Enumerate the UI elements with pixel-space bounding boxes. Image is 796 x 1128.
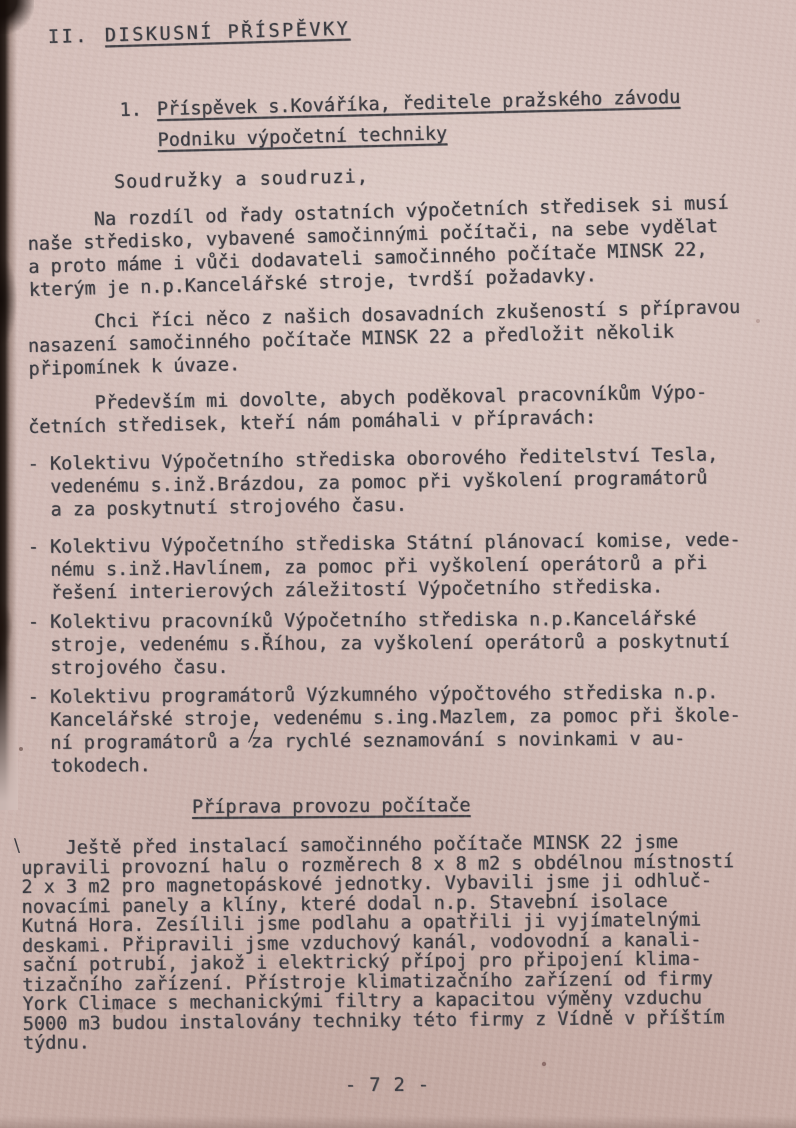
acknowledgement-item-1: - Kolektivu Výpočetního střediska oborov… [28, 443, 771, 522]
salutation: Soudružky a soudruzi, [114, 156, 770, 194]
paper-specks [0, 0, 2, 2]
contribution-heading: 1. Příspěvek s.Kováříka, ředitele pražsk… [119, 80, 770, 157]
edge-shadow-blob [0, 255, 17, 345]
intro-paragraph-1: Na rozdíl od řady ostatních výpočetních … [27, 191, 771, 302]
page-left-edge-shadow [0, 0, 18, 810]
acknowledgement-item-2: - Kolektivu Výpočetního střediska Státní… [28, 528, 771, 605]
section-title: DISKUSNÍ PŘÍSPĚVKY [105, 18, 351, 48]
acknowledgement-item-3: - Kolektivu pracovníků Výpočetního střed… [28, 607, 770, 680]
section-heading: II.DISKUSNÍ PŘÍSPĚVKY [48, 6, 770, 49]
page-content: II.DISKUSNÍ PŘÍSPĚVKY 1. Příspěvek s.Kov… [0, 0, 796, 1128]
page-corner-shadow [0, 0, 34, 34]
page-bottom-edge-shadow [0, 1116, 796, 1128]
contribution-title: Příspěvek s.Kováříka, ředitele pražského… [157, 82, 682, 156]
preparation-paragraph: Ještě před instalací samočinného počítač… [21, 832, 771, 1054]
edge-shadow-blob [0, 600, 13, 655]
subheading-priprava-provozu: Příprava provozu počítače [192, 794, 471, 819]
acknowledgement-item-4: - Kolektivu programátorů Výzkumného výpo… [28, 681, 771, 778]
contribution-title-line-2: Podniku výpočetní techniky [157, 118, 447, 156]
section-number: II. [48, 25, 90, 49]
intro-paragraph-2: Chci říci něco z našich dosavadních zkuš… [27, 295, 770, 381]
contribution-number: 1. [119, 94, 143, 157]
intro-paragraph-3: Především mi dovolte, abych poděkoval pr… [28, 380, 771, 439]
stray-ink-mark: / [247, 726, 257, 746]
scanned-document-page: II.DISKUSNÍ PŘÍSPĚVKY 1. Příspěvek s.Kov… [0, 0, 796, 1128]
page-number: - 7 2 - [345, 1073, 430, 1096]
